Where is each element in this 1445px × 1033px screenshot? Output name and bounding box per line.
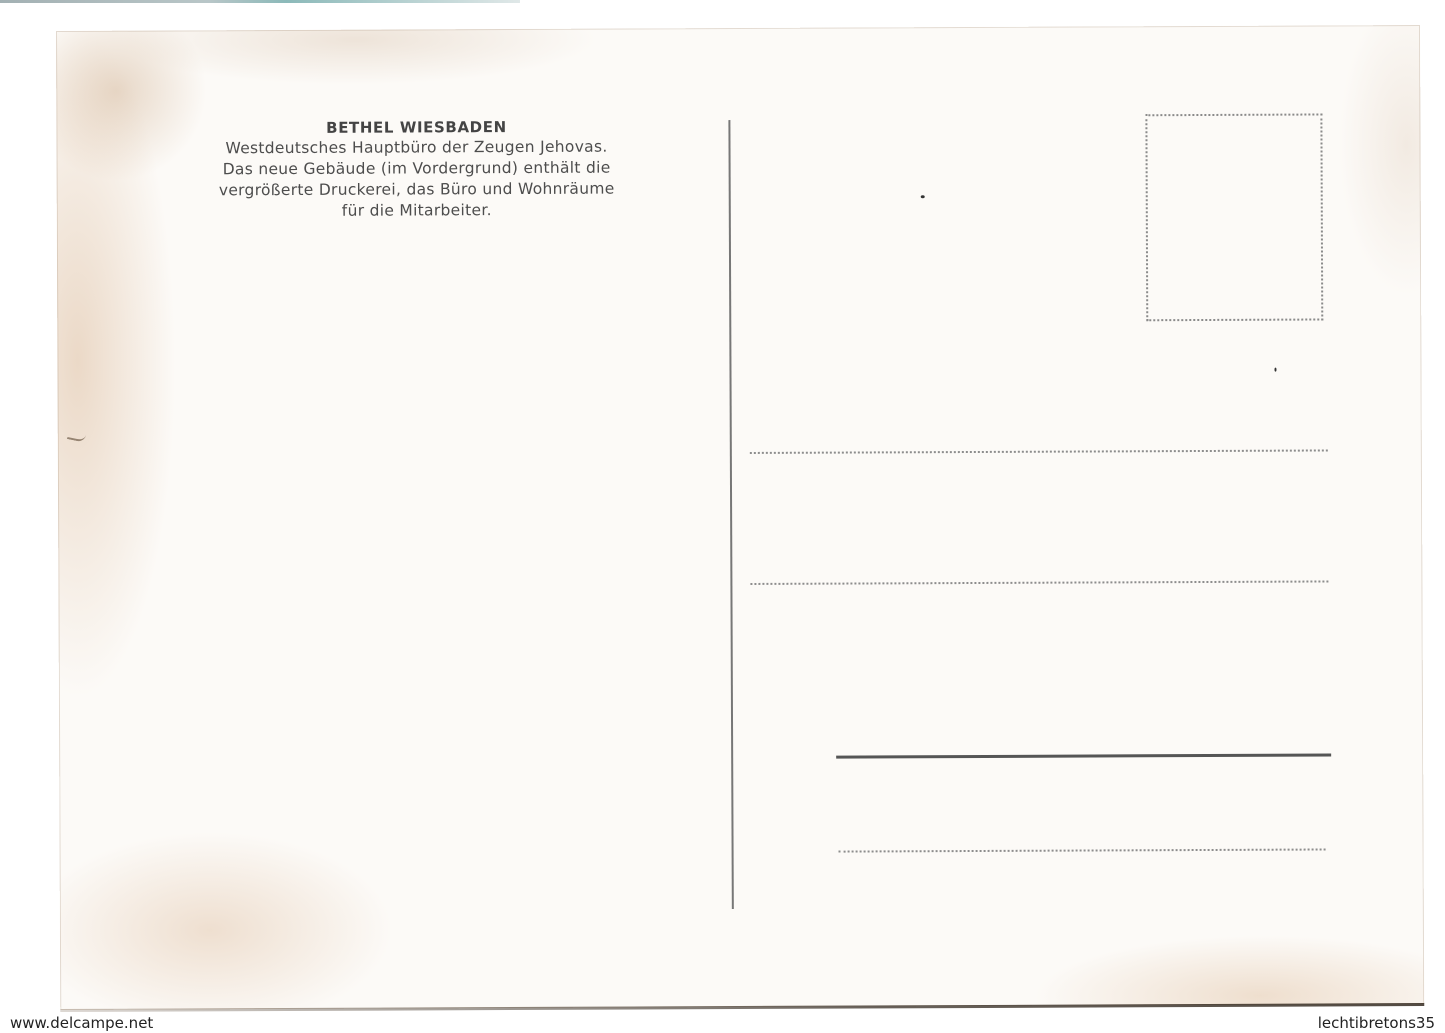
caption-block: BETHEL WIESBADEN Westdeutsches Hauptbüro… [156, 116, 676, 222]
paper-crease [67, 429, 87, 442]
caption-line: Das neue Gebäude (im Vordergrund) enthäl… [157, 157, 677, 180]
stamp-box [1145, 113, 1323, 321]
address-line-2 [750, 580, 1328, 585]
watermark-right: lechtibretons35 [1318, 1014, 1435, 1032]
ink-speck [921, 195, 925, 198]
top-image-edge [0, 0, 520, 3]
address-line-3 [836, 753, 1331, 758]
caption-line: Westdeutsches Hauptbüro der Zeugen Jehov… [156, 136, 676, 159]
caption-line: für die Mitarbeiter. [157, 199, 677, 222]
ink-speck [1274, 368, 1276, 372]
caption-title: BETHEL WIESBADEN [156, 116, 676, 138]
address-line-4 [839, 848, 1326, 852]
center-divider [728, 120, 733, 909]
address-line-1 [750, 449, 1328, 454]
watermark-left: www.delcampe.net [10, 1014, 153, 1032]
caption-line: vergrößerte Druckerei, das Büro und Wohn… [157, 178, 677, 201]
postcard: BETHEL WIESBADEN Westdeutsches Hauptbüro… [56, 25, 1424, 1010]
